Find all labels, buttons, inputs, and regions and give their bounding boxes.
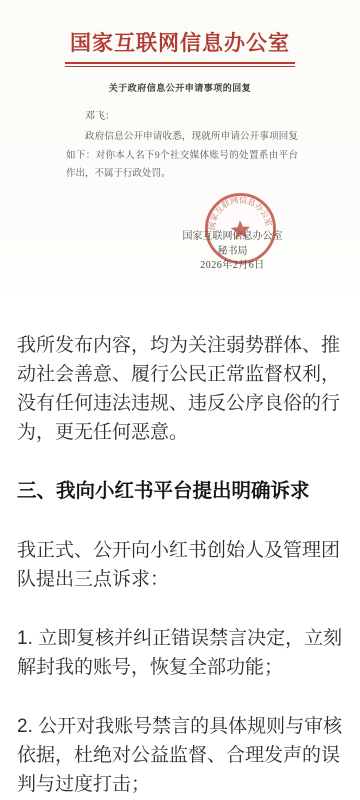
paragraph-intro: 我所发布内容，均为关注弱势群体、推动社会善意、履行公民正常监督权利，没有任何违法… <box>17 331 343 447</box>
letter-body-text: 政府信息公开申请收悉，现就所申请公开事项回复如下：对你本人名下9个社交媒体账号的… <box>66 128 298 184</box>
demand-item-1: 1. 立即复核并纠正错误禁言决定，立刻解封我的账号，恢复全部功能； <box>17 624 343 682</box>
demand-item-2: 2. 公开对我账号禁言的具体规则与审核依据，杜绝对公益监督、合理发声的误判与过度… <box>17 712 343 799</box>
letter-signer-dept: 秘书局 <box>150 245 315 260</box>
letter-salutation: 邓飞： <box>85 111 360 123</box>
letter-signer-org: 国家互联网信息办公室 <box>150 230 315 245</box>
official-letter-photo: 国家互联网信息办公室 关于政府信息公开申请事项的回复 邓飞： 政府信息公开申请收… <box>0 0 360 296</box>
letter-title: 关于政府信息公开申请事项的回复 <box>0 82 360 94</box>
paragraph-appeal: 我正式、公开向小红书创始人及管理团队提出三点诉求： <box>17 536 343 594</box>
letter-signature-block: 国家互联网信息办公室 秘书局 2026年2月6日 <box>150 230 315 274</box>
article-body: 我所发布内容，均为关注弱势群体、推动社会善意、履行公民正常监督权利，没有任何违法… <box>0 331 360 799</box>
article-page: 国家互联网信息办公室 关于政府信息公开申请事项的回复 邓飞： 政府信息公开申请收… <box>0 0 360 800</box>
letter-date: 2026年2月6日 <box>150 259 315 274</box>
section-heading: 三、我向小红书平台提出明确诉求 <box>17 477 343 506</box>
letter-org-title: 国家互联网信息办公室 <box>0 30 360 56</box>
letter-header-rule <box>65 62 295 67</box>
